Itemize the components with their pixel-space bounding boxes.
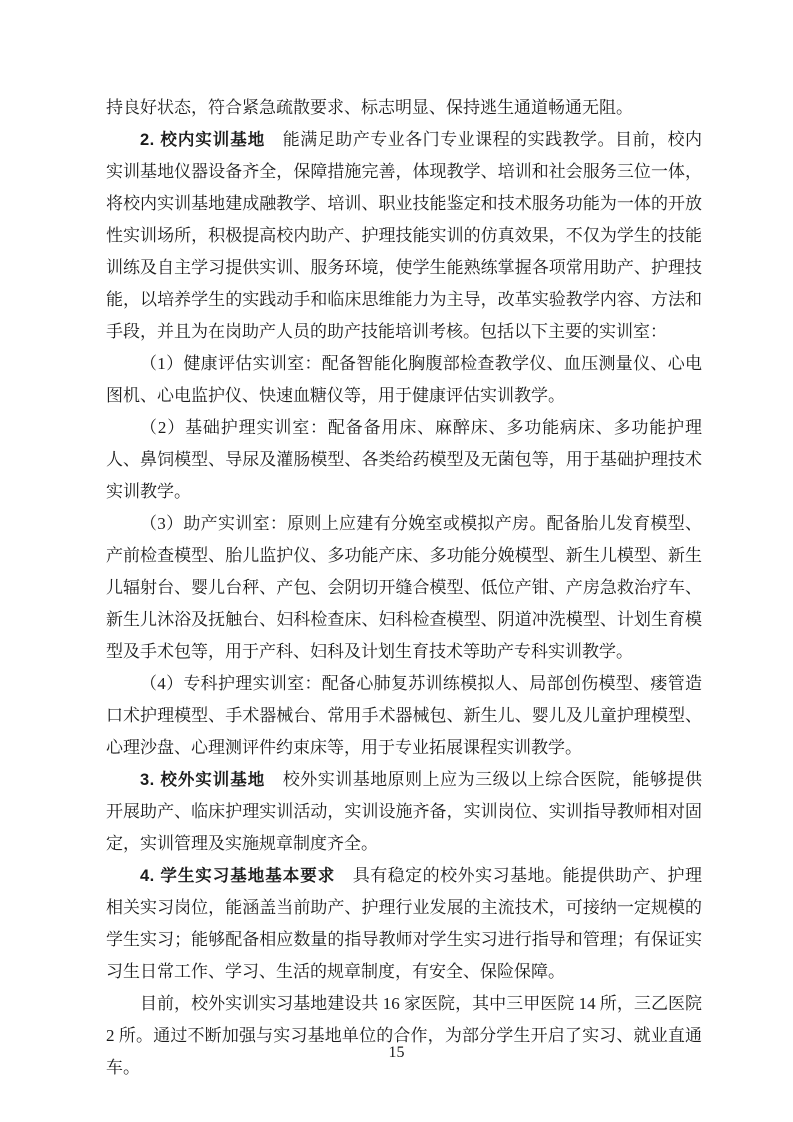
page-footer: 15 bbox=[0, 1044, 793, 1062]
paragraph: 2. 校内实训基地 能满足助产专业各门专业课程的实践教学。目前，校内实训基地仪器… bbox=[106, 124, 702, 348]
heading-run: 3. 校外实训基地 bbox=[140, 771, 265, 789]
paragraph: （2）基础护理实训室：配备备用床、麻醉床、多功能病床、多功能护理人、鼻饲模型、导… bbox=[106, 412, 702, 508]
text-run: 持良好状态，符合紧急疏散要求、标志明显、保持逃生通道畅通无阻。 bbox=[106, 98, 633, 117]
paragraph: （4）专科护理实训室：配备心肺复苏训练模拟人、局部创伤模型、瘘管造口术护理模型、… bbox=[106, 668, 702, 764]
paragraph: 目前，校外实训实习基地建设共 16 家医院，其中三甲医院 14 所，三乙医院 2… bbox=[106, 988, 702, 1084]
document-body: 持良好状态，符合紧急疏散要求、标志明显、保持逃生通道畅通无阻。2. 校内实训基地… bbox=[106, 92, 702, 1084]
paragraph: （1）健康评估实训室：配备智能化胸腹部检查教学仪、血压测量仪、心电图机、心电监护… bbox=[106, 348, 702, 412]
paragraph: 持良好状态，符合紧急疏散要求、标志明显、保持逃生通道畅通无阻。 bbox=[106, 92, 702, 124]
paragraph: （3）助产实训室：原则上应建有分娩室或模拟产房。配备胎儿发育模型、产前检查模型、… bbox=[106, 508, 702, 668]
text-run: 目前，校外实训实习基地建设共 16 家医院，其中三甲医院 14 所，三乙医院 2… bbox=[106, 994, 702, 1077]
text-run: （3）助产实训室：原则上应建有分娩室或模拟产房。配备胎儿发育模型、产前检查模型、… bbox=[106, 514, 702, 661]
document-page: 持良好状态，符合紧急疏散要求、标志明显、保持逃生通道畅通无阻。2. 校内实训基地… bbox=[0, 0, 793, 1122]
page-number: 15 bbox=[389, 1044, 405, 1061]
text-run: （1）健康评估实训室：配备智能化胸腹部检查教学仪、血压测量仪、心电图机、心电监护… bbox=[106, 354, 702, 405]
heading-run: 2. 校内实训基地 bbox=[140, 131, 265, 149]
paragraph: 3. 校外实训基地 校外实训基地原则上应为三级以上综合医院，能够提供开展助产、临… bbox=[106, 764, 702, 860]
text-run: 能满足助产专业各门专业课程的实践教学。目前，校内实训基地仪器设备齐全，保障措施完… bbox=[106, 130, 702, 341]
text-run: （2）基础护理实训室：配备备用床、麻醉床、多功能病床、多功能护理人、鼻饲模型、导… bbox=[106, 418, 702, 501]
heading-run: 4. 学生实习基地基本要求 bbox=[140, 867, 335, 885]
text-run: （4）专科护理实训室：配备心肺复苏训练模拟人、局部创伤模型、瘘管造口术护理模型、… bbox=[106, 674, 702, 757]
paragraph: 4. 学生实习基地基本要求 具有稳定的校外实习基地。能提供助产、护理相关实习岗位… bbox=[106, 860, 702, 988]
